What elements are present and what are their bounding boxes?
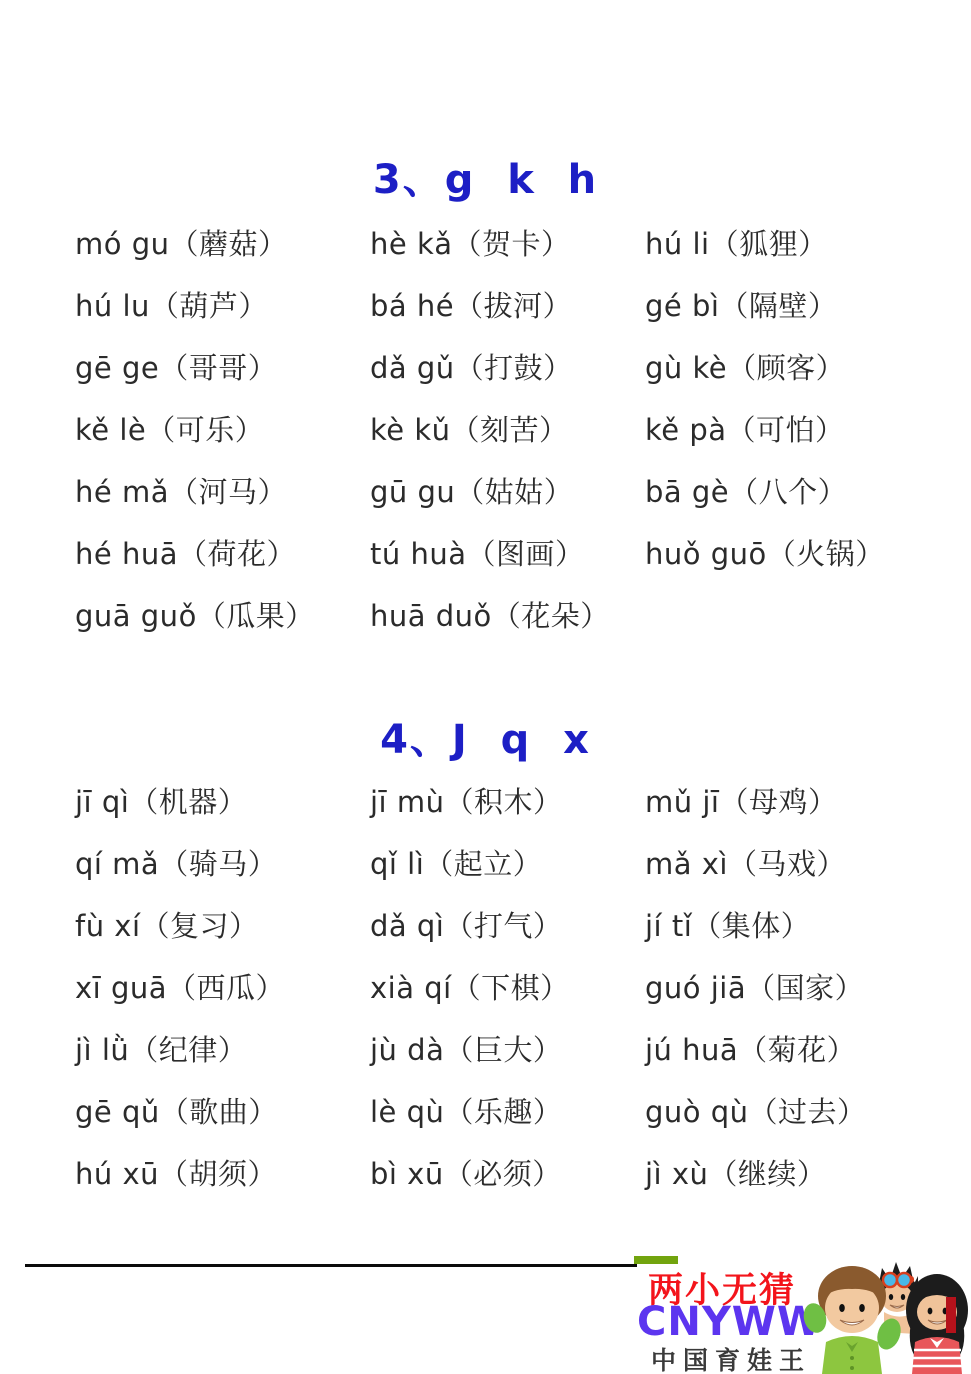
girl — [906, 1274, 968, 1374]
word-entry: gē qǔ（歌曲） — [75, 1079, 370, 1141]
word-entry: xià qí（下棋） — [370, 955, 645, 1017]
word-entry: jí tǐ（集体） — [645, 893, 961, 955]
word-grid-gkh: mó gu（蘑菇） hè kǎ（贺卡） hú li（狐狸） hú lu（葫芦） … — [75, 211, 961, 645]
word-entry: gù kè（顾客） — [645, 335, 961, 397]
word-entry: lè qù（乐趣） — [370, 1079, 645, 1141]
logo-darkred-bar — [946, 1297, 956, 1333]
word-entry: gū gu（姑姑） — [370, 459, 645, 521]
footer-divider-line — [25, 1264, 637, 1267]
word-entry — [645, 583, 961, 645]
word-entry: dǎ gǔ（打鼓） — [370, 335, 645, 397]
word-entry: guā guǒ（瓜果） — [75, 583, 370, 645]
word-entry: hè kǎ（贺卡） — [370, 211, 645, 273]
word-entry: guò qù（过去） — [645, 1079, 961, 1141]
word-entry: hú li（狐狸） — [645, 211, 961, 273]
section-title-gkh: 3、g k h — [0, 148, 971, 205]
word-entry: jù dà（巨大） — [370, 1017, 645, 1079]
word-entry: tú huà（图画） — [370, 521, 645, 583]
word-entry: mó gu（蘑菇） — [75, 211, 370, 273]
word-entry: hé mǎ（河马） — [75, 459, 370, 521]
brand-subtitle: 中国育娃王 — [651, 1341, 811, 1374]
word-entry: gé bì（隔壁） — [645, 273, 961, 335]
word-entry: huā duǒ（花朵） — [370, 583, 645, 645]
word-entry: gē ge（哥哥） — [75, 335, 370, 397]
word-entry: hú lu（葫芦） — [75, 273, 370, 335]
word-entry: huǒ guō（火锅） — [645, 521, 961, 583]
word-entry: hé huā（荷花） — [75, 521, 370, 583]
word-entry: kě pà（可怕） — [645, 397, 961, 459]
word-entry: xī guā（西瓜） — [75, 955, 370, 1017]
word-entry: qí mǎ（骑马） — [75, 831, 370, 893]
word-entry: jú huā（菊花） — [645, 1017, 961, 1079]
word-entry: qǐ lì（起立） — [370, 831, 645, 893]
pinyin-worksheet-page: 3、g k h mó gu（蘑菇） hè kǎ（贺卡） hú li（狐狸） hú… — [0, 0, 971, 1374]
word-entry: kě lè（可乐） — [75, 397, 370, 459]
word-entry: bá hé（拔河） — [370, 273, 645, 335]
word-entry: jì xù（继续） — [645, 1141, 961, 1203]
word-entry: jī qì（机器） — [75, 769, 370, 831]
word-entry: hú xū（胡须） — [75, 1141, 370, 1203]
word-entry: fù xí（复习） — [75, 893, 370, 955]
section-title-jqx: 4、J q x — [0, 708, 971, 765]
word-grid-jqx: jī qì（机器） jī mù（积木） mǔ jī（母鸡） qí mǎ（骑马） … — [75, 769, 961, 1203]
word-entry: jī mù（积木） — [370, 769, 645, 831]
brand-acronym: CNYWW — [637, 1299, 822, 1345]
word-entry: kè kǔ（刻苦） — [370, 397, 645, 459]
word-entry: mǎ xì（马戏） — [645, 831, 961, 893]
word-entry: dǎ qì（打气） — [370, 893, 645, 955]
word-entry: guó jiā（国家） — [645, 955, 961, 1017]
word-entry: bì xū（必须） — [370, 1141, 645, 1203]
word-entry: mǔ jī（母鸡） — [645, 769, 961, 831]
word-entry: jì lǜ（纪律） — [75, 1017, 370, 1079]
word-entry: bā gè（八个） — [645, 459, 961, 521]
